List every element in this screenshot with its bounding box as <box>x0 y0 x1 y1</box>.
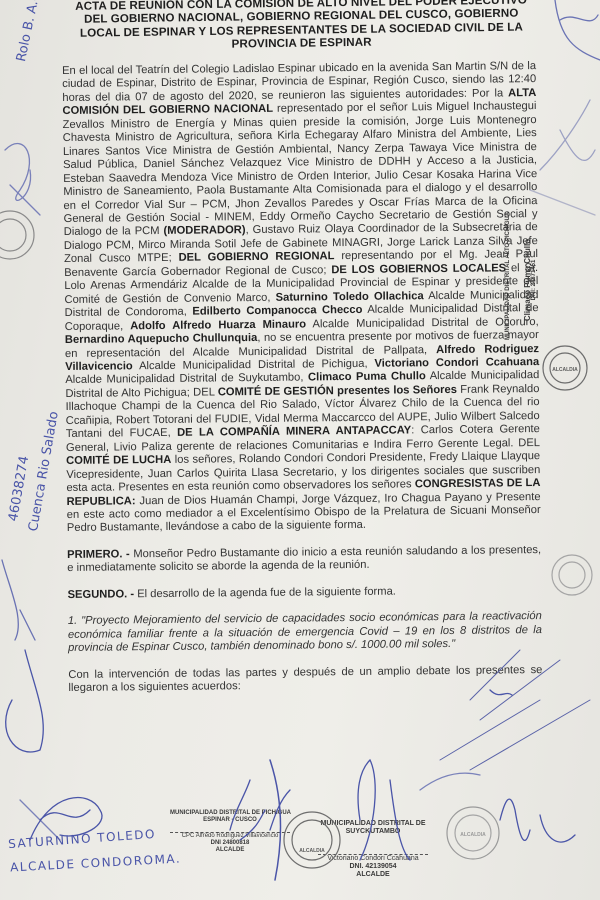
signatures-and-seals: ALCALDIA ALCALDIA ALCALDIA <box>0 0 600 900</box>
svg-text:ALCALDIA: ALCALDIA <box>299 848 325 854</box>
ink-signatures <box>2 0 600 880</box>
svg-text:ALCALDIA: ALCALDIA <box>552 367 578 373</box>
document-page: ACTA DE REUNION CON LA COMISION DE ALTO … <box>0 0 600 900</box>
round-seals <box>0 211 592 868</box>
svg-text:ALCALDIA: ALCALDIA <box>460 832 486 838</box>
